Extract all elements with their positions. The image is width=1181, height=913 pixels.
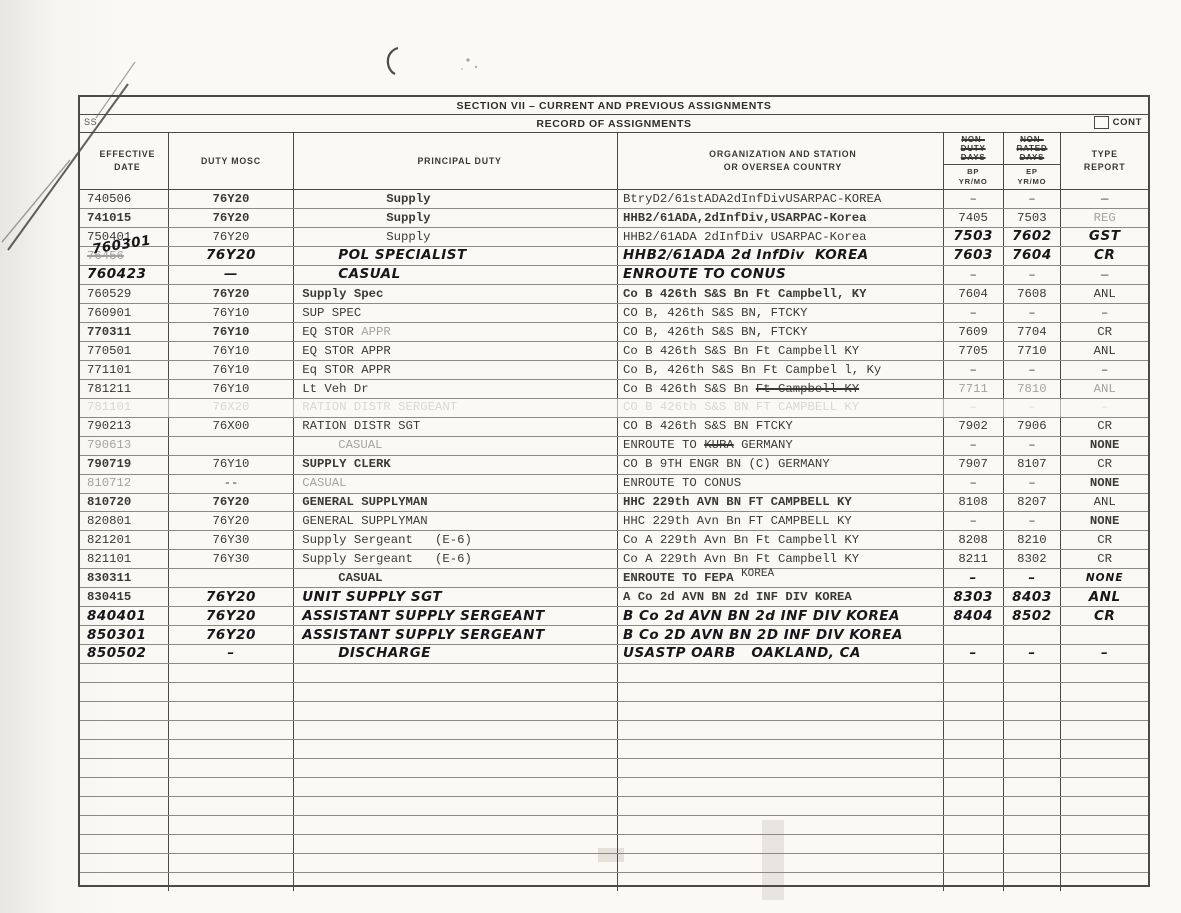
table-cell — [1061, 873, 1148, 891]
table-cell: HHC 229th AVN BN FT CAMPBELL KY — [618, 494, 944, 512]
table-cell — [80, 759, 169, 777]
table-cell: 771101 — [80, 361, 169, 379]
table-row: 79071976Y10SUPPLY CLERKCO B 9TH ENGR BN … — [80, 456, 1148, 475]
cont-checkbox — [1094, 116, 1109, 129]
table-row — [80, 759, 1148, 778]
table-cell: NONE — [1061, 512, 1148, 530]
table-cell: 7503 — [1004, 209, 1062, 227]
table-cell: NONE — [1061, 569, 1148, 587]
table-cell: ANL — [1061, 588, 1148, 606]
table-cell: 76Y10 — [169, 342, 295, 360]
table-row: 78110176X20RATION DISTR SERGEANTCO B 426… — [80, 399, 1148, 418]
table-cell: POL SPECIALIST — [294, 247, 618, 265]
table-cell: DISCHARGE — [294, 645, 618, 663]
table-cell: ENROUTE TO CONUS — [618, 475, 944, 493]
table-cell: B Co 2D AVN BN 2D INF DIV KOREA — [618, 626, 944, 644]
table-cell: 7608 — [1004, 285, 1062, 303]
table-cell: REG — [1061, 209, 1148, 227]
table-cell — [944, 626, 1004, 644]
table-row — [80, 740, 1148, 759]
table-cell: 8207 — [1004, 494, 1062, 512]
table-cell: 770311 — [80, 323, 169, 341]
table-cell: 76Y20 — [169, 228, 295, 246]
table-cell: 8208 — [944, 531, 1004, 549]
table-cell: 840401 — [80, 607, 169, 625]
table-cell — [169, 683, 295, 701]
table-cell: CO B, 426th S&S BN, FTCKY — [618, 304, 944, 322]
table-cell: – — [1061, 304, 1148, 322]
table-row — [80, 854, 1148, 873]
table-row: 760423—CASUALENROUTE TO CONUS––— — [80, 266, 1148, 285]
table-cell: 7604 — [1004, 247, 1062, 265]
cont-label: CONT — [1113, 117, 1142, 128]
table-cell — [944, 740, 1004, 758]
table-cell — [1061, 759, 1148, 777]
table-cell: HHB2/61ADA,2dInfDiv,USARPAC-Korea — [618, 209, 944, 227]
table-cell: 7405 — [944, 209, 1004, 227]
table-cell: CASUAL — [294, 437, 618, 455]
table-cell: 810712 — [80, 475, 169, 493]
table-cell: 76Y10 — [169, 456, 295, 474]
table-row: 79021376X00RATION DISTR SGTCO B 426th S&… — [80, 418, 1148, 437]
table-cell: 76Y20 — [169, 247, 295, 265]
section-title-bar: SECTION VII – CURRENT AND PREVIOUS ASSIG… — [80, 97, 1148, 115]
table-row — [80, 778, 1148, 797]
table-cell: BtryD2/61stADA2dInfDivUSARPAC-KOREA — [618, 190, 944, 208]
table-cell: 76Y10 — [169, 323, 295, 341]
table-cell: 781101 — [80, 399, 169, 417]
table-cell — [618, 778, 944, 796]
table-cell: – — [169, 645, 295, 663]
table-cell: RATION DISTR SGT — [294, 418, 618, 436]
table-row — [80, 835, 1148, 854]
table-cell: Supply Spec — [294, 285, 618, 303]
table-row: 74050676Y20SupplyBtryD2/61stADA2dInfDivU… — [80, 190, 1148, 209]
table-cell: Lt Veh Dr — [294, 380, 618, 398]
assignments-table-body: 74050676Y20SupplyBtryD2/61stADA2dInfDivU… — [80, 190, 1148, 891]
table-cell — [294, 740, 618, 758]
table-cell — [294, 816, 618, 834]
table-row: 850502–DISCHARGEUSASTP OARB OAKLAND, CA–… — [80, 645, 1148, 664]
table-cell: CO B 426th S&S BN FTCKY — [618, 418, 944, 436]
table-cell — [1061, 835, 1148, 853]
table-cell — [1004, 759, 1062, 777]
table-row: 790613CASUALENROUTE TO KURA GERMANY––NON… — [80, 437, 1148, 456]
table-cell — [1061, 626, 1148, 644]
table-row: 77050176Y10EQ STOR APPRCo B 426th S&S Bn… — [80, 342, 1148, 361]
table-cell: ENROUTE TO FEPA KOREA — [618, 569, 944, 587]
table-cell: Co B, 426th S&S Bn Ft Campbel l, Ky — [618, 361, 944, 379]
table-cell: – — [1004, 437, 1062, 455]
table-cell: 850301 — [80, 626, 169, 644]
table-cell: 810720 — [80, 494, 169, 512]
table-cell: 830415 — [80, 588, 169, 606]
table-cell — [1004, 873, 1062, 891]
table-cell: RATION DISTR SERGEANT — [294, 399, 618, 417]
table-row: 77031176Y10EQ STOR APPRCO B, 426th S&S B… — [80, 323, 1148, 342]
table-cell — [1061, 854, 1148, 872]
table-cell: – — [1004, 512, 1062, 530]
table-cell: CASUAL — [294, 569, 618, 587]
table-cell: – — [1004, 645, 1062, 663]
table-cell: 790719 — [80, 456, 169, 474]
table-cell — [80, 740, 169, 758]
table-cell: GENERAL SUPPLYMAN — [294, 512, 618, 530]
table-cell — [1004, 683, 1062, 701]
table-cell: HHC 229th Avn Bn FT CAMPBELL KY — [618, 512, 944, 530]
table-cell — [944, 759, 1004, 777]
table-row — [80, 702, 1148, 721]
table-cell — [169, 569, 295, 587]
table-cell — [294, 759, 618, 777]
table-cell: – — [1061, 361, 1148, 379]
table-cell: NONE — [1061, 437, 1148, 455]
table-cell — [169, 835, 295, 853]
table-cell: Co A 229th Avn Bn Ft Campbell KY — [618, 550, 944, 568]
column-header: PRINCIPAL DUTY — [294, 133, 618, 189]
table-row: 77110176Y10Eq STOR APPRCo B, 426th S&S B… — [80, 361, 1148, 380]
table-cell: – — [1004, 569, 1062, 587]
table-cell: 8108 — [944, 494, 1004, 512]
table-cell: ENROUTE TO KURA GERMANY — [618, 437, 944, 455]
table-cell: Supply — [294, 190, 618, 208]
table-cell: – — [944, 475, 1004, 493]
table-cell: — — [1061, 190, 1148, 208]
table-cell: 820801 — [80, 512, 169, 530]
table-cell: CR — [1061, 323, 1148, 341]
table-cell: – — [1004, 475, 1062, 493]
table-cell: 76Y20 — [169, 626, 295, 644]
table-cell — [944, 873, 1004, 891]
table-cell: 8303 — [944, 588, 1004, 606]
table-cell: 76Y30 — [169, 550, 295, 568]
table-cell: – — [944, 304, 1004, 322]
table-cell: 7705 — [944, 342, 1004, 360]
table-cell — [618, 664, 944, 682]
table-cell: 76Y10 — [169, 304, 295, 322]
table-cell: – — [1004, 361, 1062, 379]
table-cell — [618, 702, 944, 720]
table-cell: 7609 — [944, 323, 1004, 341]
table-cell: 821101 — [80, 550, 169, 568]
table-cell: 760423 — [80, 266, 169, 284]
table-cell: 76Y20 — [169, 494, 295, 512]
table-cell: SUP SPEC — [294, 304, 618, 322]
table-cell — [294, 854, 618, 872]
table-cell: B Co 2d AVN BN 2d INF DIV KOREA — [618, 607, 944, 625]
table-cell — [1004, 721, 1062, 739]
table-cell: 7810 — [1004, 380, 1062, 398]
table-row: 78121176Y10Lt Veh DrCo B 426th S&S Bn Ft… — [80, 380, 1148, 399]
table-row: 76090176Y10SUP SPECCO B, 426th S&S BN, F… — [80, 304, 1148, 323]
table-row: 83041576Y20UNIT SUPPLY SGTA Co 2d AVN BN… — [80, 588, 1148, 607]
table-cell — [1061, 664, 1148, 682]
table-cell — [1061, 816, 1148, 834]
table-cell: 781211 — [80, 380, 169, 398]
table-cell: 7711 — [944, 380, 1004, 398]
table-cell: Supply — [294, 209, 618, 227]
table-cell: Supply — [294, 228, 618, 246]
table-cell — [294, 721, 618, 739]
table-cell: 8502 — [1004, 607, 1062, 625]
table-cell: 7603 — [944, 247, 1004, 265]
table-row: 85030176Y20ASSISTANT SUPPLY SERGEANTB Co… — [80, 626, 1148, 645]
table-cell: Co A 229th Avn Bn Ft Campbell KY — [618, 531, 944, 549]
table-row — [80, 797, 1148, 816]
table-header-row: EFFECTIVEDATEDUTY MOSCPRINCIPAL DUTYORGA… — [80, 133, 1148, 190]
table-cell: 850502 — [80, 645, 169, 663]
table-cell: CASUAL — [294, 475, 618, 493]
table-cell — [1004, 816, 1062, 834]
record-title-bar: SS. RECORD OF ASSIGNMENTS CONT — [80, 115, 1148, 133]
table-row: 82120176Y30Supply Sergeant (E-6)Co A 229… — [80, 531, 1148, 550]
table-cell — [294, 702, 618, 720]
table-cell: CR — [1061, 456, 1148, 474]
table-cell: 7604 — [944, 285, 1004, 303]
table-cell: CR — [1061, 418, 1148, 436]
table-cell: Co B 426th S&S Bn Ft Campbell, KY — [618, 285, 944, 303]
table-cell: 76Y10 — [169, 361, 295, 379]
table-cell — [618, 759, 944, 777]
table-cell: GENERAL SUPPLYMAN — [294, 494, 618, 512]
table-cell: 76Y20 — [169, 588, 295, 606]
table-cell — [1061, 797, 1148, 815]
table-cell — [80, 683, 169, 701]
table-cell: – — [944, 437, 1004, 455]
table-cell — [169, 437, 295, 455]
table-cell: – — [944, 645, 1004, 663]
table-cell: 760529 — [80, 285, 169, 303]
table-cell: 7704 — [1004, 323, 1062, 341]
table-cell: CR — [1061, 247, 1148, 265]
table-cell: 7602 — [1004, 228, 1062, 246]
table-cell: UNIT SUPPLY SGT — [294, 588, 618, 606]
table-cell — [294, 835, 618, 853]
table-cell — [169, 873, 295, 891]
table-cell: CO B 426th S&S BN FT CAMPBELL KY — [618, 399, 944, 417]
table-row: 75040176Y20SupplyHHB2/61ADA 2dInfDiv USA… — [80, 228, 1148, 247]
table-row — [80, 816, 1148, 835]
table-cell: CO B, 426th S&S BN, FTCKY — [618, 323, 944, 341]
table-cell: – — [944, 399, 1004, 417]
table-cell: 790213 — [80, 418, 169, 436]
table-row: 74101576Y20SupplyHHB2/61ADA,2dInfDiv,USA… — [80, 209, 1148, 228]
table-cell: – — [944, 512, 1004, 530]
table-cell — [169, 740, 295, 758]
column-header: NON-DUTYDAYSBPYR/MO — [944, 133, 1004, 189]
table-cell: NONE — [1061, 475, 1148, 493]
table-cell: 740506 — [80, 190, 169, 208]
table-cell: 790613 — [80, 437, 169, 455]
table-cell: ASSISTANT SUPPLY SERGEANT — [294, 626, 618, 644]
table-cell — [944, 683, 1004, 701]
table-cell: Co B 426th S&S Bn Ft Campbell KY — [618, 380, 944, 398]
table-cell — [618, 740, 944, 758]
table-cell — [169, 664, 295, 682]
table-cell: – — [1004, 266, 1062, 284]
table-cell — [1061, 702, 1148, 720]
table-cell — [80, 797, 169, 815]
table-row — [80, 873, 1148, 891]
table-cell — [80, 835, 169, 853]
table-cell: 8403 — [1004, 588, 1062, 606]
table-cell: CR — [1061, 607, 1148, 625]
table-cell: HHB2/61ADA 2dInfDiv USARPAC-Korea — [618, 228, 944, 246]
table-cell: ANL — [1061, 494, 1148, 512]
table-cell — [1004, 702, 1062, 720]
table-cell: 7902 — [944, 418, 1004, 436]
table-cell: 8107 — [1004, 456, 1062, 474]
table-cell — [618, 721, 944, 739]
table-cell — [618, 797, 944, 815]
table-cell: – — [944, 266, 1004, 284]
table-cell: SUPPLY CLERK — [294, 456, 618, 474]
table-cell: — — [1061, 266, 1148, 284]
table-cell: 76Y10 — [169, 380, 295, 398]
table-row — [80, 664, 1148, 683]
table-cell — [80, 702, 169, 720]
table-cell — [80, 664, 169, 682]
table-cell — [169, 797, 295, 815]
table-cell: Eq STOR APPR — [294, 361, 618, 379]
table-cell: Co B 426th S&S Bn Ft Campbell KY — [618, 342, 944, 360]
table-cell — [1004, 626, 1062, 644]
table-cell — [80, 873, 169, 891]
table-cell: 8404 — [944, 607, 1004, 625]
table-cell: — — [169, 266, 295, 284]
table-cell: 76Y20 — [169, 607, 295, 625]
table-cell — [1004, 664, 1062, 682]
table-row: 810712--CASUALENROUTE TO CONUS––NONE — [80, 475, 1148, 494]
table-cell: Supply Sergeant (E-6) — [294, 531, 618, 549]
table-cell: ENROUTE TO CONUS — [618, 266, 944, 284]
table-cell: 76X20 — [169, 399, 295, 417]
table-cell — [944, 664, 1004, 682]
table-cell: 76Y30 — [169, 531, 295, 549]
table-cell — [80, 854, 169, 872]
table-row — [80, 721, 1148, 740]
table-cell: – — [1004, 304, 1062, 322]
table-cell: 8211 — [944, 550, 1004, 568]
table-cell: 8302 — [1004, 550, 1062, 568]
table-cell — [618, 683, 944, 701]
record-title: RECORD OF ASSIGNMENTS — [80, 118, 1148, 130]
table-cell: USASTP OARB OAKLAND, CA — [618, 645, 944, 663]
table-cell: – — [944, 361, 1004, 379]
table-cell — [169, 816, 295, 834]
table-cell: GST — [1061, 228, 1148, 246]
table-cell — [944, 854, 1004, 872]
column-header: EFFECTIVEDATE — [80, 133, 169, 189]
table-cell: ASSISTANT SUPPLY SERGEANT — [294, 607, 618, 625]
table-cell — [169, 778, 295, 796]
table-cell — [294, 797, 618, 815]
table-cell: 821201 — [80, 531, 169, 549]
table-cell: 8210 — [1004, 531, 1062, 549]
table-cell — [618, 873, 944, 891]
table-cell: 76456760301 — [80, 247, 169, 265]
table-cell — [1061, 778, 1148, 796]
table-cell — [1004, 740, 1062, 758]
table-cell: -- — [169, 475, 295, 493]
table-row: 76052976Y20Supply SpecCo B 426th S&S Bn … — [80, 285, 1148, 304]
table-cell: A Co 2d AVN BN 2d INF DIV KOREA — [618, 588, 944, 606]
table-cell: – — [1061, 399, 1148, 417]
table-cell: ANL — [1061, 342, 1148, 360]
table-row: 830311CASUALENROUTE TO FEPA KOREA––NONE — [80, 569, 1148, 588]
section-title: SECTION VII – CURRENT AND PREVIOUS ASSIG… — [80, 100, 1148, 112]
table-cell: HHB2/61ADA 2d InfDiv KOREA — [618, 247, 944, 265]
table-cell: 760901 — [80, 304, 169, 322]
table-cell — [944, 721, 1004, 739]
table-cell — [80, 721, 169, 739]
table-cell: 76X00 — [169, 418, 295, 436]
table-cell: 7710 — [1004, 342, 1062, 360]
table-cell — [1004, 854, 1062, 872]
table-cell: 7503 — [944, 228, 1004, 246]
column-header: DUTY MOSC — [169, 133, 295, 189]
table-cell: EQ STOR APPR — [294, 342, 618, 360]
table-row: 81072076Y20GENERAL SUPPLYMANHHC 229th AV… — [80, 494, 1148, 513]
table-cell — [944, 797, 1004, 815]
table-cell: 7906 — [1004, 418, 1062, 436]
table-cell — [944, 778, 1004, 796]
table-cell — [1004, 797, 1062, 815]
table-row: 82080176Y20GENERAL SUPPLYMANHHC 229th Av… — [80, 512, 1148, 531]
cont-field: CONT — [1094, 116, 1142, 129]
table-cell — [1004, 835, 1062, 853]
table-cell — [1004, 778, 1062, 796]
table-cell: 76Y20 — [169, 190, 295, 208]
table-row: 82110176Y30Supply Sergeant (E-6)Co A 229… — [80, 550, 1148, 569]
table-cell — [618, 854, 944, 872]
table-cell — [80, 816, 169, 834]
table-cell — [1061, 683, 1148, 701]
table-cell: – — [944, 190, 1004, 208]
table-cell — [944, 702, 1004, 720]
table-cell — [80, 778, 169, 796]
table-cell: CR — [1061, 531, 1148, 549]
table-cell — [294, 683, 618, 701]
table-cell — [169, 702, 295, 720]
table-cell: EQ STOR APPR — [294, 323, 618, 341]
table-cell: 76Y20 — [169, 209, 295, 227]
table-cell — [294, 873, 618, 891]
table-cell: 770501 — [80, 342, 169, 360]
table-cell: – — [1004, 190, 1062, 208]
table-row: 84040176Y20ASSISTANT SUPPLY SERGEANTB Co… — [80, 607, 1148, 626]
table-cell: ANL — [1061, 285, 1148, 303]
table-cell: Supply Sergeant (E-6) — [294, 550, 618, 568]
table-cell: 76Y20 — [169, 285, 295, 303]
table-cell — [618, 835, 944, 853]
left-stub-label: SS. — [84, 117, 100, 127]
table-cell — [169, 854, 295, 872]
table-cell — [169, 721, 295, 739]
table-cell — [944, 816, 1004, 834]
column-header: TYPEREPORT — [1061, 133, 1148, 189]
assignments-table: SECTION VII – CURRENT AND PREVIOUS ASSIG… — [78, 95, 1150, 887]
table-cell — [294, 664, 618, 682]
table-cell: 76Y20 — [169, 512, 295, 530]
table-cell: 741015 — [80, 209, 169, 227]
table-cell: ANL — [1061, 380, 1148, 398]
table-cell: 7907 — [944, 456, 1004, 474]
table-cell: CASUAL — [294, 266, 618, 284]
table-cell: 830311 — [80, 569, 169, 587]
table-cell — [1061, 740, 1148, 758]
table-cell — [618, 816, 944, 834]
